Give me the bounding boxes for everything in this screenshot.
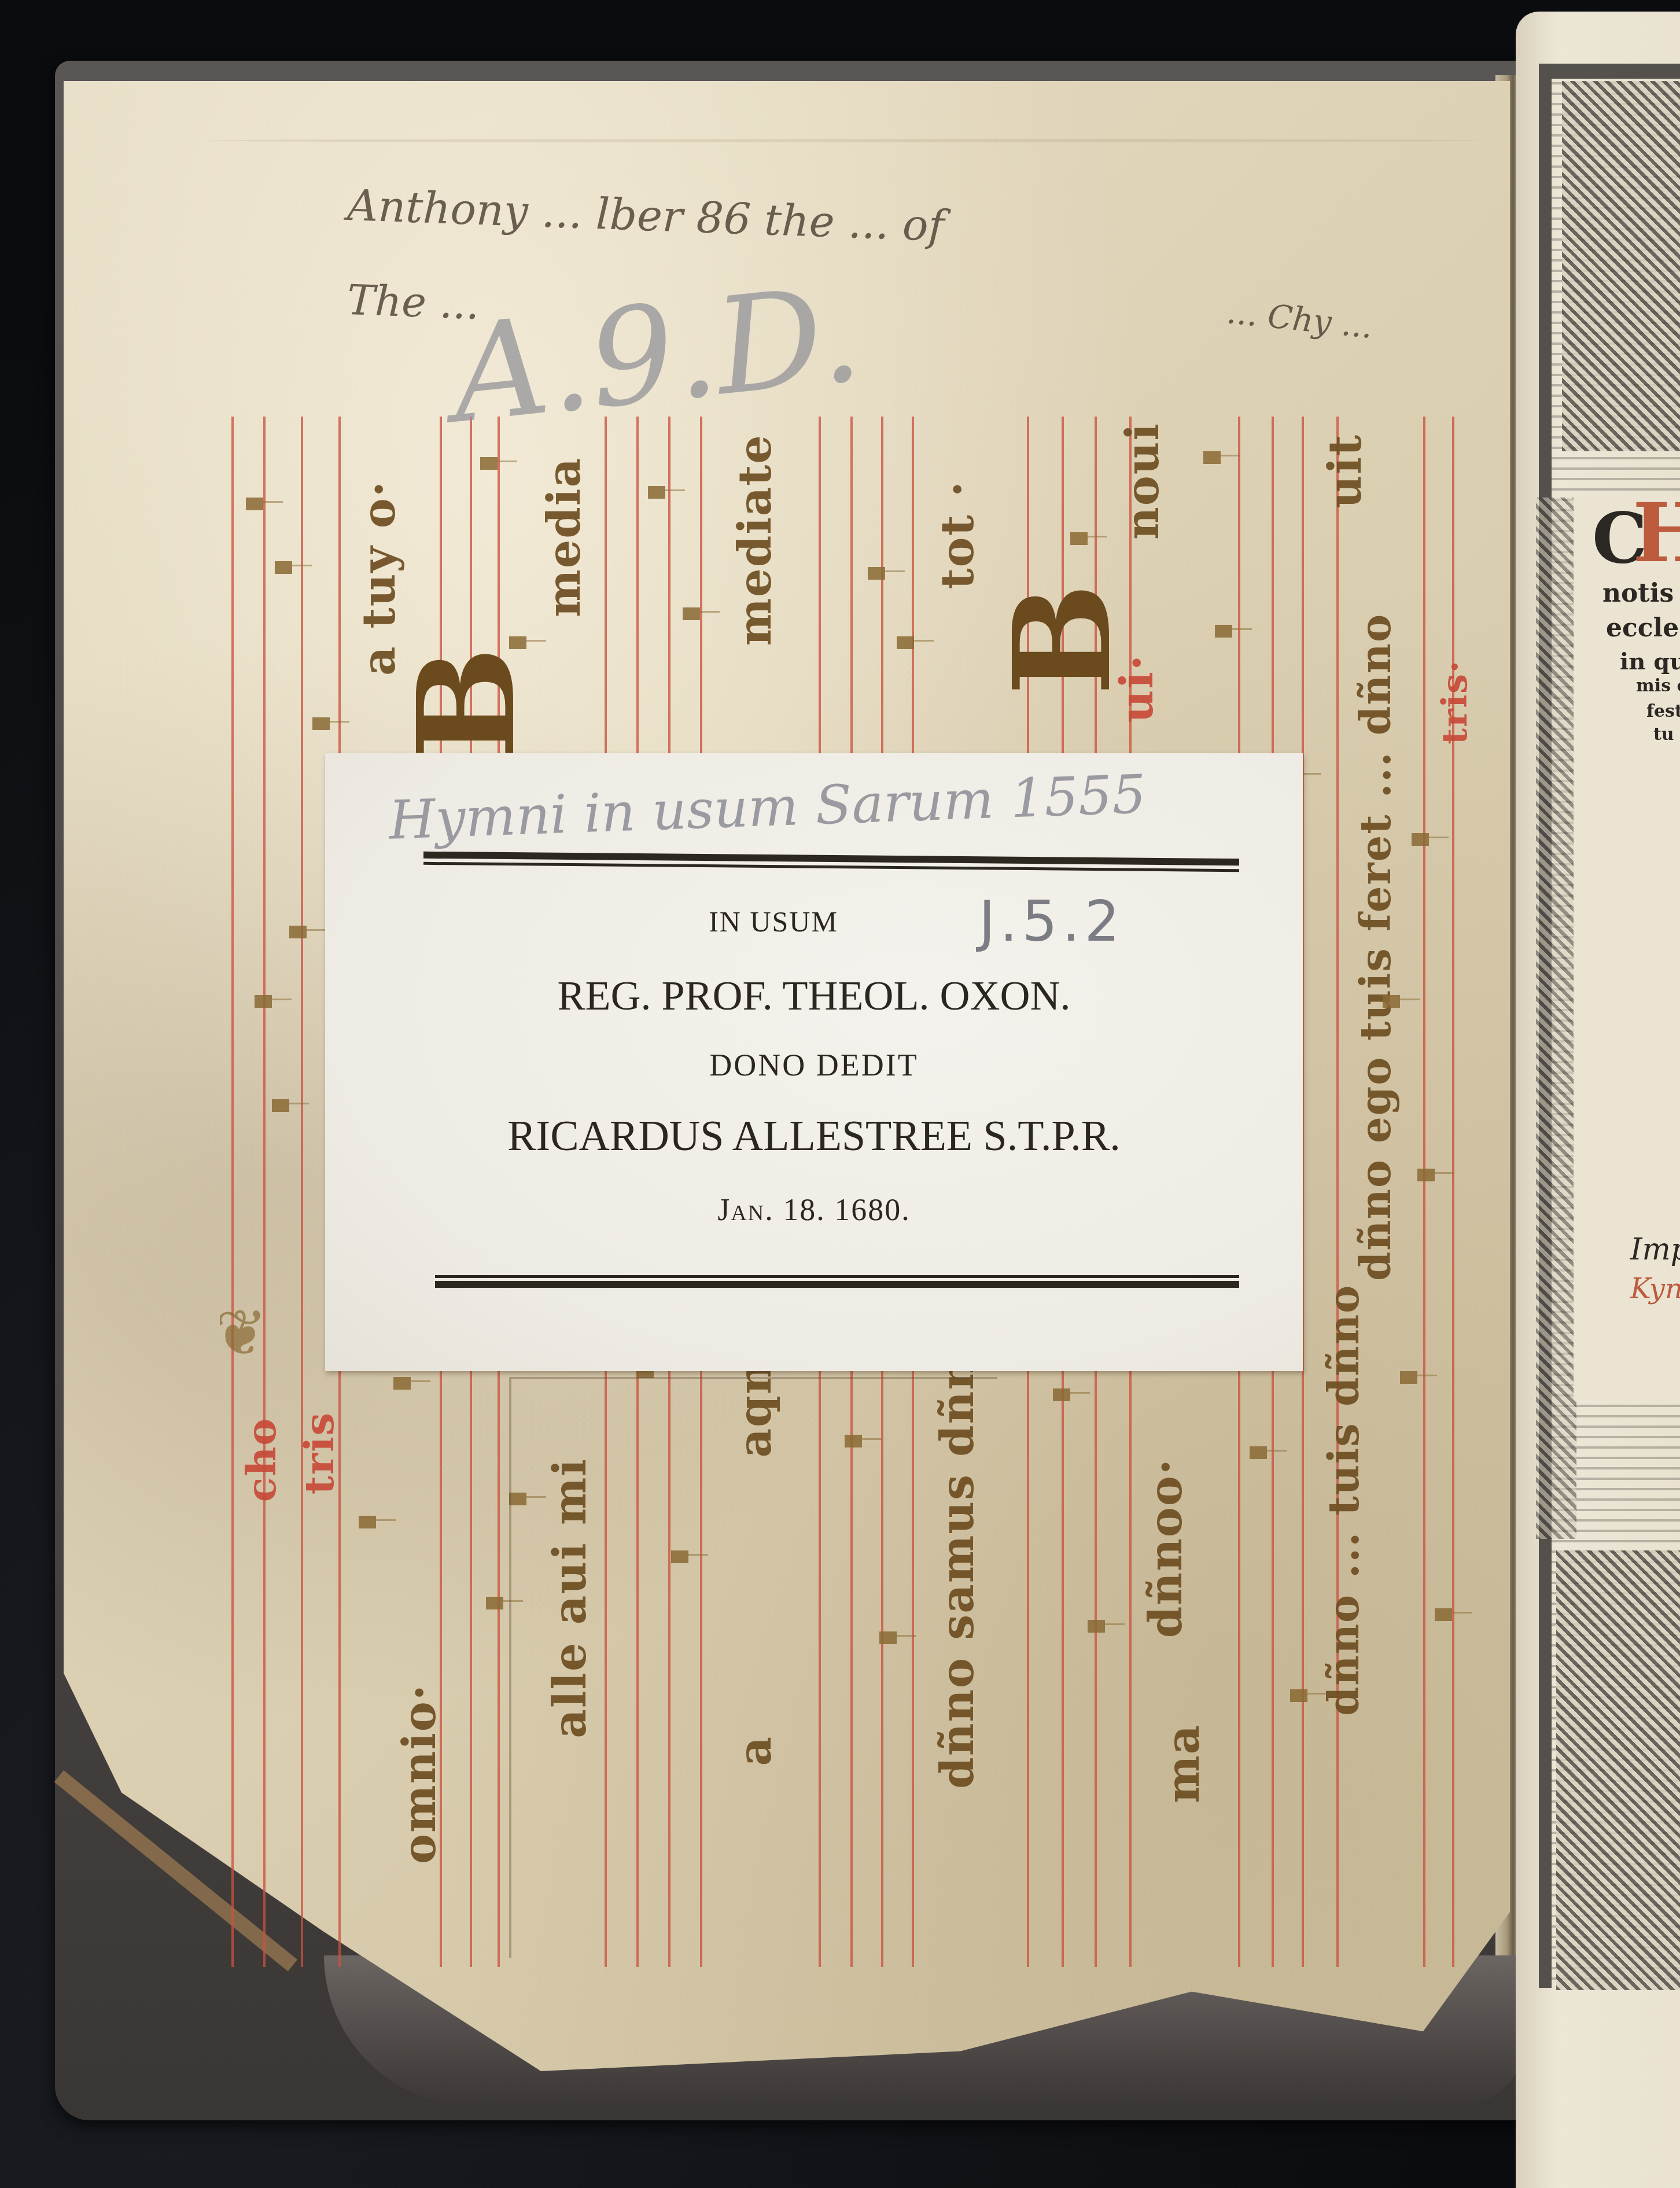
woodcut-ornament-top (1562, 81, 1680, 451)
neume (1053, 1388, 1070, 1401)
neume (275, 561, 292, 574)
chant-text: noui (1117, 422, 1169, 540)
neume (255, 995, 272, 1008)
neume (486, 1597, 503, 1609)
staff-line (1336, 417, 1339, 1967)
chant-text: dñno ... tuis dñno (1319, 1284, 1368, 1716)
double-rule-thick-bottom (435, 1281, 1239, 1288)
bookplate-reg-prof: REG. PROF. THEOL. OXON. (325, 972, 1303, 1020)
chant-text: dñnoo· (1140, 1458, 1192, 1638)
decorated-initial: B (996, 583, 1129, 695)
imprint-line: Impress (1630, 1232, 1680, 1267)
double-rule-thin-bottom (435, 1275, 1239, 1278)
neume (1203, 451, 1221, 464)
neume (393, 1377, 411, 1390)
bookplate-dono-dedit: DONO DEDIT (325, 1047, 1303, 1083)
bookplate-donor-name: RICARDUS ALLESTREE S.T.P.R. (325, 1112, 1303, 1161)
chant-text: media (538, 457, 591, 617)
title-line-5: mis e (1636, 676, 1680, 696)
chant-rubric: tris (295, 1412, 343, 1494)
bookplate-date: Jan. 18. 1680. (325, 1192, 1303, 1228)
staff-line (1423, 417, 1425, 1967)
neume (1070, 532, 1088, 545)
neume (509, 636, 526, 649)
neume (1412, 833, 1429, 846)
staff-line (1452, 417, 1454, 1967)
title-line-4: in quo (1620, 648, 1680, 675)
chant-text: uit (1319, 434, 1372, 508)
chant-rubric: cho (237, 1417, 285, 1502)
title-line-6: festa (1646, 701, 1680, 721)
chant-text: omnio· (393, 1684, 446, 1864)
chant-text: tot · (931, 480, 984, 589)
neume (1435, 1608, 1452, 1621)
title-line-3: ecclesie (1606, 613, 1680, 643)
neume (1400, 1371, 1417, 1384)
title-line-2: notis op (1602, 579, 1680, 608)
neume (1383, 995, 1400, 1008)
neume (480, 457, 498, 470)
neume (1215, 625, 1232, 638)
neume (1290, 1689, 1307, 1702)
chant-text: ma (1157, 1724, 1210, 1803)
neume (683, 607, 700, 620)
woodcut-column (1536, 498, 1576, 1539)
neume (868, 567, 885, 580)
staff-line (263, 417, 266, 1967)
pen-flourish: ❦ (220, 1296, 267, 1370)
staff-line (231, 417, 234, 1967)
folded-flap (509, 1377, 997, 1958)
neume (1088, 1620, 1105, 1633)
neume (312, 717, 330, 730)
chant-rubric: tris· (1435, 660, 1475, 745)
chant-text: mediate (729, 434, 782, 646)
staff-line (301, 417, 303, 1967)
neume (897, 636, 914, 649)
shelfmark: J.5.2 (979, 889, 1125, 954)
donor-bookplate: Hymni in usum Sarum 1555 IN USUM J.5.2 R… (325, 753, 1303, 1371)
title-initial-h: H (1633, 486, 1680, 581)
bookplate-in-usum: IN USUM (244, 905, 1303, 938)
woodcut-ornament-bottom (1556, 1550, 1680, 1990)
crease-top (208, 139, 1481, 142)
neume (272, 1099, 289, 1112)
decorated-initial: B (400, 647, 533, 759)
neume (359, 1516, 376, 1528)
neume (1250, 1446, 1267, 1459)
neume (1417, 1169, 1435, 1181)
imprint-place: Kyngst (1630, 1273, 1680, 1305)
chant-text: dñno ego tuis feret ... dñno (1351, 613, 1400, 1281)
neume (648, 486, 665, 499)
neume (246, 498, 263, 510)
title-line-7: tu (1653, 724, 1674, 745)
pencil-title-note: Hymni in usum Sarum 1555 (388, 763, 1147, 852)
